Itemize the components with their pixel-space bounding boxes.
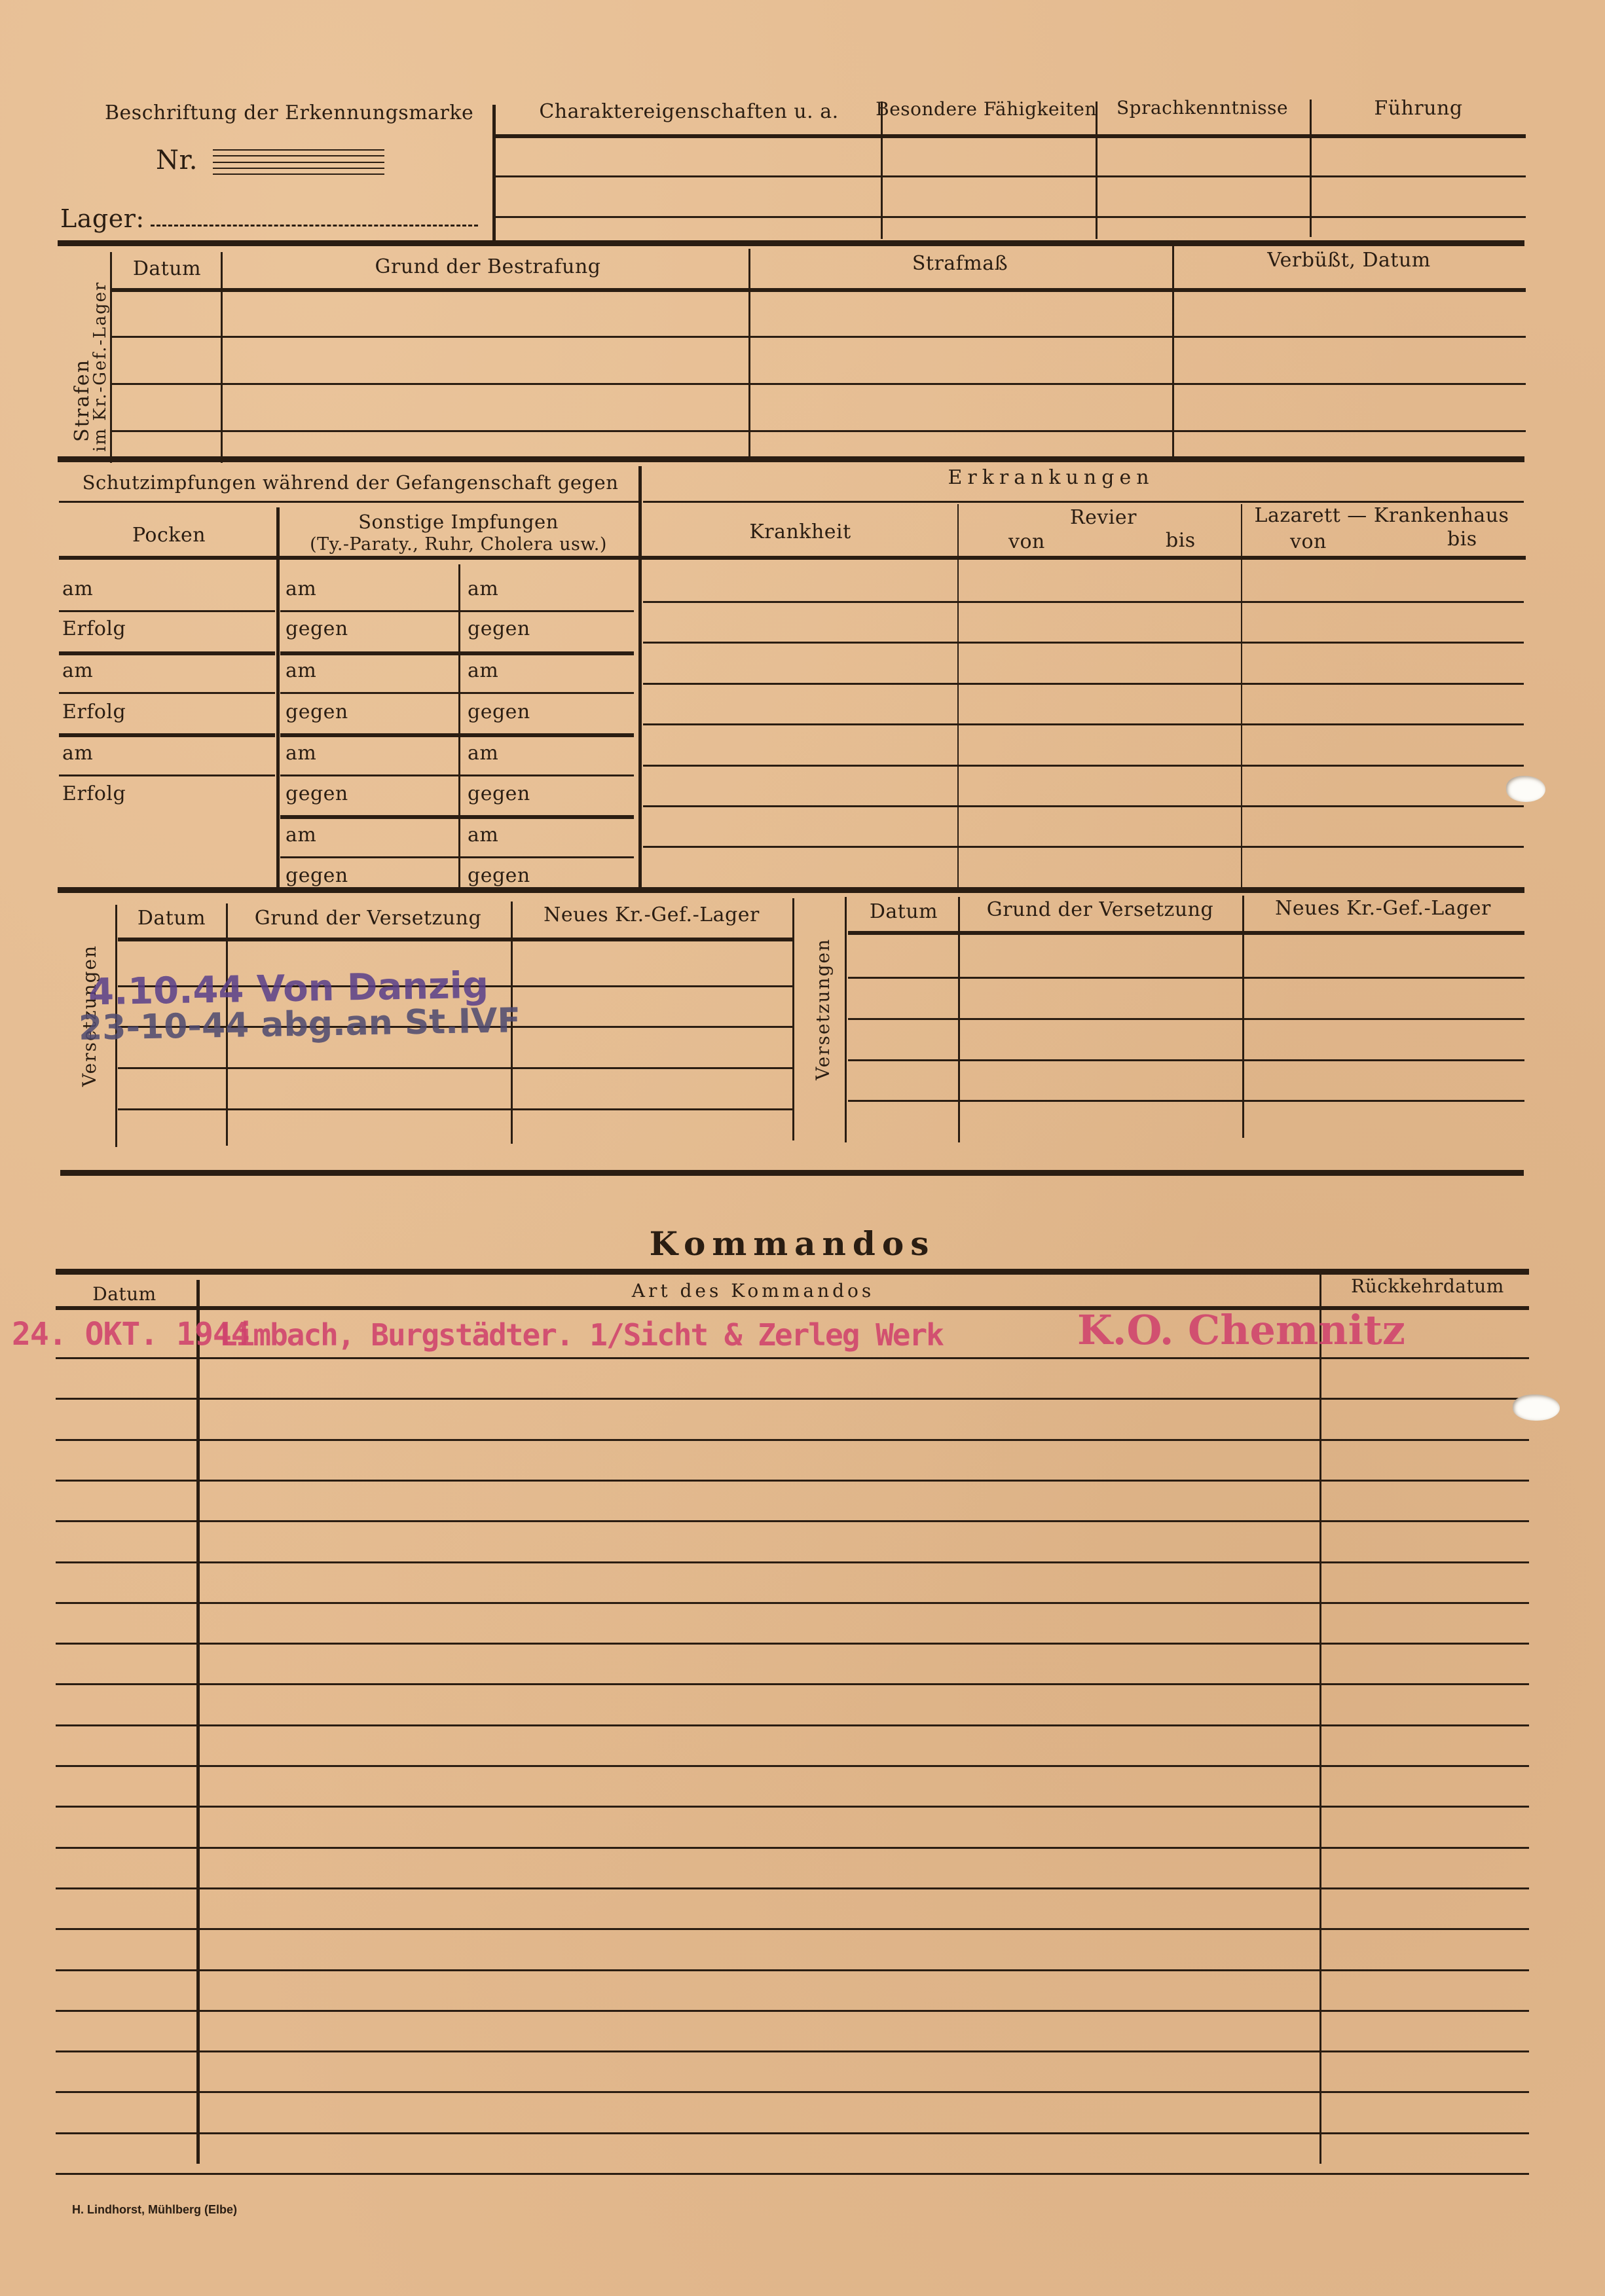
kommandos-row-line bbox=[56, 1602, 1529, 1604]
kommandos-row-line bbox=[56, 1480, 1529, 1482]
nr-label: Nr. bbox=[156, 145, 198, 175]
kommandos-col-art: Art des Kommandos bbox=[632, 1280, 875, 1302]
kommandos-col-rueckkehr: Rückkehrdatum bbox=[1351, 1275, 1504, 1297]
kommandos-row-line bbox=[56, 2091, 1529, 2093]
kommandos-row-line bbox=[56, 1398, 1529, 1400]
kommandos-row-line bbox=[56, 2173, 1529, 2175]
kommandos-row-line bbox=[56, 1765, 1529, 1767]
kommandos-entry-art: Limbach, Burgstädter. 1/Sicht & Zerleg W… bbox=[219, 1317, 943, 1353]
sonstige-sub: (Ty.-Paraty., Ruhr, Cholera usw.) bbox=[310, 534, 607, 555]
header-field-fuehrung[interactable] bbox=[1313, 139, 1524, 237]
kommandos-entry-datum: 24. OKT. 1944 bbox=[12, 1316, 249, 1353]
strafen-side-label-2: im Kr.-Gef.-Lager bbox=[90, 282, 110, 452]
kommandos-row-line bbox=[56, 1847, 1529, 1849]
versetzungen-right-table-body[interactable] bbox=[848, 936, 1522, 1139]
lazarett-label: Lazarett — Krankenhaus bbox=[1255, 504, 1509, 527]
stamp-abg-an: 23-10-44 abg.an St.IVF bbox=[79, 1001, 521, 1048]
divider bbox=[492, 105, 496, 242]
kommandos-row-line bbox=[56, 1439, 1529, 1441]
kommandos-title: Kommandos bbox=[650, 1224, 936, 1263]
kommandos-col-datum: Datum bbox=[92, 1283, 156, 1305]
sonstige-label: Sonstige Impfungen bbox=[358, 511, 559, 533]
kommandos-row-line bbox=[56, 1928, 1529, 1930]
kommandos-row-line bbox=[56, 2132, 1529, 2134]
versetzungen-left-col-lager: Neues Kr.-Gef.-Lager bbox=[544, 903, 760, 926]
strafen-col-grund: Grund der Bestrafung bbox=[375, 255, 601, 278]
erkrankungen-table-body[interactable] bbox=[643, 562, 1524, 889]
versetzungen-side-label-right: Versetzungen bbox=[812, 938, 834, 1080]
kommandos-row-line bbox=[56, 1969, 1529, 1971]
kommandos-row-line bbox=[56, 1520, 1529, 1522]
punch-hole bbox=[1506, 776, 1545, 802]
versetzungen-right-col-lager: Neues Kr.-Gef.-Lager bbox=[1275, 897, 1491, 920]
lazarett-bis: bis bbox=[1447, 528, 1477, 551]
col-sprachkenntnisse: Sprachkenntnisse bbox=[1116, 97, 1288, 118]
header-field-charakter[interactable] bbox=[498, 139, 877, 237]
lager-field[interactable] bbox=[151, 225, 478, 227]
erkennungsmarke-label: Beschriftung der Erkennungsmarke bbox=[105, 101, 473, 124]
header-field-sprachkenntnisse[interactable] bbox=[1099, 139, 1307, 237]
strafen-col-verbuesst: Verbüßt, Datum bbox=[1267, 249, 1430, 272]
versetzungen-left-col-datum: Datum bbox=[138, 907, 206, 930]
krankheit-label: Krankheit bbox=[749, 520, 851, 543]
pocken-label: Pocken bbox=[132, 524, 206, 547]
kommandos-row-line bbox=[56, 1561, 1529, 1563]
kommandos-row-line bbox=[56, 2010, 1529, 2012]
revier-bis: bis bbox=[1166, 529, 1196, 552]
kommandos-row-line bbox=[56, 1724, 1529, 1726]
kommandos-row-line bbox=[56, 1887, 1529, 1889]
punch-hole bbox=[1513, 1394, 1560, 1421]
lazarett-von: von bbox=[1290, 530, 1327, 553]
kommandos-row-line bbox=[56, 2050, 1529, 2052]
versetzungen-left-col-grund: Grund der Versetzung bbox=[255, 907, 481, 930]
lager-label: Lager: bbox=[60, 204, 145, 233]
versetzungen-right-col-grund: Grund der Versetzung bbox=[987, 898, 1213, 921]
kommandos-entry-stamp: K.O. Chemnitz bbox=[1077, 1306, 1405, 1354]
erkrankungen-title: Erkrankungen bbox=[948, 466, 1154, 489]
revier-von: von bbox=[1008, 530, 1045, 553]
col-faehigkeiten: Besondere Fähigkeiten bbox=[876, 98, 1097, 120]
printer-imprint: H. Lindhorst, Mühlberg (Elbe) bbox=[72, 2203, 237, 2217]
strafen-col-strafmass: Strafmaß bbox=[912, 252, 1008, 275]
strafen-col-datum: Datum bbox=[133, 257, 201, 280]
kommandos-row-line bbox=[56, 1357, 1529, 1359]
versetzungen-right-col-datum: Datum bbox=[870, 900, 938, 923]
impfungen-title: Schutzimpfungen während der Gefangenscha… bbox=[83, 471, 619, 494]
impfungen-table-body[interactable] bbox=[59, 562, 635, 889]
header-field-faehigkeiten[interactable] bbox=[884, 139, 1092, 237]
col-charakter: Charaktereigenschaften u. a. bbox=[539, 100, 838, 123]
revier-label: Revier bbox=[1070, 506, 1137, 529]
col-fuehrung: Führung bbox=[1374, 97, 1462, 120]
kommandos-row-line bbox=[56, 1683, 1529, 1685]
strafen-table-body[interactable] bbox=[113, 293, 1524, 456]
kommandos-row-line bbox=[56, 1643, 1529, 1645]
kommandos-row-line bbox=[56, 1806, 1529, 1808]
